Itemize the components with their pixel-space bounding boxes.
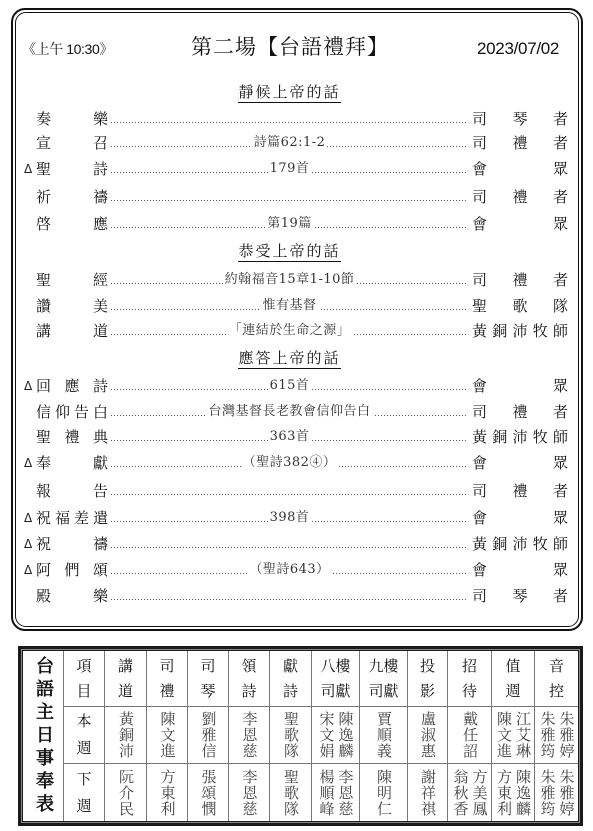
- cell-this-week-9f-offering: 賈順義: [360, 707, 408, 764]
- header-organist: 司琴: [188, 651, 229, 707]
- triangle-marker-icon: [24, 212, 36, 236]
- order-item: 報告 司禮者: [24, 479, 568, 503]
- week-label-text: 週: [76, 735, 91, 762]
- triangle-marker-icon: Δ: [24, 532, 36, 556]
- cell-next-week-anthem: 聖歌隊: [270, 764, 312, 821]
- item-detail: 615首: [268, 374, 312, 398]
- header-text: 獻: [283, 654, 298, 679]
- item-label: 聖詩: [36, 157, 108, 181]
- dotted-leader: [111, 479, 468, 503]
- header-song-leader: 領詩: [229, 651, 270, 707]
- service-date: 2023/07/02: [477, 39, 559, 59]
- person-name: 朱雅婷: [557, 769, 576, 817]
- header-text: 音: [549, 654, 564, 679]
- person-name: 李恩慈: [240, 769, 259, 817]
- week-label-text: 本: [76, 708, 91, 735]
- order-item: 殿樂 司琴者: [24, 584, 568, 608]
- triangle-marker-icon: Δ: [24, 506, 36, 530]
- cell-next-week-sermon: 阮介民: [105, 764, 147, 821]
- item-label: 奉獻: [36, 451, 108, 475]
- header-text: 琴: [200, 679, 215, 704]
- dotted-leader: 第19篇: [111, 212, 468, 236]
- header-anthem: 獻詩: [270, 651, 312, 707]
- triangle-marker-icon: [24, 479, 36, 503]
- order-item: 啓應 第19篇 會眾: [24, 212, 568, 236]
- triangle-marker-icon: [24, 294, 36, 318]
- item-responder: 司琴者: [472, 584, 568, 608]
- item-detail: 約翰福音15章1-10節: [223, 268, 357, 292]
- item-responder: 會眾: [472, 451, 568, 475]
- order-item: 講道 「連結於生命之源」 黃銅沛牧師: [24, 319, 568, 343]
- item-responder: 司禮者: [472, 400, 568, 424]
- item-responder: 司禮者: [472, 479, 568, 503]
- dotted-leader: 398首: [111, 506, 468, 530]
- person-name: 黃銅沛: [116, 711, 135, 759]
- header-text: 九樓: [368, 654, 398, 679]
- header-liturgist: 司禮: [147, 651, 188, 707]
- dotted-leader: （聖詩643）: [111, 558, 468, 582]
- item-label: 祝福差遣: [36, 506, 108, 530]
- order-item: Δ 奉獻 （聖詩382④） 會眾: [24, 451, 568, 475]
- cell-next-week-liturgist: 方東利: [147, 764, 188, 821]
- person-name: 方美鳳: [470, 769, 489, 817]
- triangle-marker-icon: Δ: [24, 157, 36, 181]
- person-name: 朱雅婷: [557, 711, 576, 759]
- section-heading-text: 應答上帝的話: [238, 349, 340, 369]
- person-name: 聖歌隊: [281, 711, 300, 759]
- header-sermon: 講道: [105, 651, 147, 707]
- dotted-leader: 台灣基督長老教會信仰告白: [111, 400, 468, 424]
- triangle-marker-icon: Δ: [24, 451, 36, 475]
- header-projection: 投影: [408, 651, 448, 707]
- person-name: 江艾琳: [513, 711, 532, 759]
- header-text: 目: [76, 679, 91, 704]
- cell-this-week-liturgist: 陳文進: [147, 707, 188, 764]
- item-label: 殿樂: [36, 584, 108, 608]
- dotted-leader: [111, 185, 468, 209]
- header-text: 講: [118, 654, 133, 679]
- order-item: 聖禮典 363首 黃銅沛牧師: [24, 425, 568, 449]
- person-name: 方東利: [158, 769, 177, 817]
- dotted-leader: 363首: [111, 425, 468, 449]
- item-label: 回應詩: [36, 374, 108, 398]
- order-item: 祈禱 司禮者: [24, 185, 568, 209]
- item-detail: （聖詩643）: [247, 558, 331, 582]
- order-item: 奏樂 司琴者: [24, 107, 568, 131]
- order-item: Δ 聖詩 179首 會眾: [24, 157, 568, 181]
- item-responder: 黃銅沛牧師: [472, 532, 568, 556]
- person-name: 宋文娟: [317, 711, 336, 759]
- section-heading-text: 靜候上帝的話: [238, 83, 340, 103]
- item-label: 聖經: [36, 268, 108, 292]
- person-name: 陳逸麟: [336, 711, 355, 759]
- cell-this-week-sermon: 黃銅沛: [105, 707, 147, 764]
- header-text: 詩: [283, 679, 298, 704]
- section-heading-text: 恭受上帝的話: [238, 242, 340, 262]
- item-label: 信仰告白: [36, 400, 108, 424]
- header-text: 招: [462, 654, 477, 679]
- person-name: 李恩慈: [240, 711, 259, 759]
- person-name: 賈順義: [374, 711, 393, 759]
- header-text: 司獻: [320, 679, 350, 704]
- item-responder: 黃銅沛牧師: [472, 319, 568, 343]
- week-label-text: 下: [76, 766, 91, 793]
- cell-this-week-ushers: 戴任詔: [448, 707, 492, 764]
- person-name: 謝祥祺: [418, 769, 437, 817]
- item-responder: 會眾: [472, 506, 568, 530]
- header-duty: 值週: [492, 651, 535, 707]
- cell-next-week-sound: 朱雅婷朱雅筠: [535, 764, 578, 821]
- header-text: 領: [241, 654, 256, 679]
- schedule-title-cell: 台語主日事奉表: [23, 651, 64, 821]
- person-name: 朱雅筠: [538, 769, 557, 817]
- item-detail: 詩篇62:1-2: [252, 131, 328, 155]
- person-name: 翁秋香: [451, 769, 470, 817]
- cell-this-week-anthem: 聖歌隊: [270, 707, 312, 764]
- header-text: 影: [420, 679, 435, 704]
- item-detail: 398首: [268, 506, 312, 530]
- item-responder: 會眾: [472, 558, 568, 582]
- person-name: 陳文進: [158, 711, 177, 759]
- triangle-marker-icon: [24, 268, 36, 292]
- section-heading: 應答上帝的話: [110, 348, 469, 368]
- cell-next-week-projection: 謝祥祺: [408, 764, 448, 821]
- schedule-title: 台語主日事奉表: [33, 656, 53, 817]
- item-label: 祈禱: [36, 185, 108, 209]
- person-name: 陳文進: [494, 711, 513, 759]
- item-label: 報告: [36, 479, 108, 503]
- order-item: 宣召 詩篇62:1-2 司禮者: [24, 131, 568, 155]
- cell-this-week-8f-offering: 陳逸麟宋文娟: [312, 707, 360, 764]
- page-title: 第二場【台語禮拜】: [110, 34, 470, 60]
- triangle-marker-icon: [24, 185, 36, 209]
- header-8f-offering: 八樓司獻: [312, 651, 360, 707]
- triangle-marker-icon: [24, 131, 36, 155]
- order-item: Δ 祝禱 黃銅沛牧師: [24, 532, 568, 556]
- item-label: 奏樂: [36, 107, 108, 131]
- service-schedule-table: 台語主日事奉表 項目 講道 司禮 司琴 領詩 獻詩 八樓司獻 九樓司獻 投影 招…: [18, 646, 583, 826]
- cell-next-week-song-leader: 李恩慈: [229, 764, 270, 821]
- triangle-marker-icon: [24, 107, 36, 131]
- person-name: 劉雅信: [199, 711, 218, 759]
- header-text: 值: [505, 654, 520, 679]
- item-responder: 司禮者: [472, 131, 568, 155]
- header-text: 八樓: [320, 654, 350, 679]
- item-label: 阿們頌: [36, 558, 108, 582]
- dotted-leader: 「連結於生命之源」: [111, 319, 468, 343]
- person-name: 張頌憫: [199, 769, 218, 817]
- row-label-this-week: 本週: [64, 707, 105, 764]
- service-time: 《上午 10:30》: [22, 40, 113, 58]
- item-responder: 司禮者: [472, 268, 568, 292]
- item-detail: （聖詩382④）: [241, 451, 339, 475]
- item-label: 啓應: [36, 212, 108, 236]
- order-item: 聖經 約翰福音15章1-10節 司禮者: [24, 268, 568, 292]
- item-label: 祝禱: [36, 532, 108, 556]
- order-item: 讚美 惟有基督 聖歌隊: [24, 294, 568, 318]
- order-item: Δ 回應詩 615首 會眾: [24, 374, 568, 398]
- item-label: 宣召: [36, 131, 108, 155]
- header-text: 禮: [159, 679, 174, 704]
- cell-next-week-8f-offering: 李恩慈楊順峰: [312, 764, 360, 821]
- triangle-marker-icon: Δ: [24, 374, 36, 398]
- dotted-leader: 179首: [111, 157, 468, 181]
- order-item: Δ 祝福差遣 398首 會眾: [24, 506, 568, 530]
- triangle-marker-icon: Δ: [24, 558, 36, 582]
- item-label: 讚美: [36, 294, 108, 318]
- item-responder: 聖歌隊: [472, 294, 568, 318]
- cell-this-week-song-leader: 李恩慈: [229, 707, 270, 764]
- person-name: 楊順峰: [317, 769, 336, 817]
- dotted-leader: （聖詩382④）: [111, 451, 468, 475]
- dotted-leader: 詩篇62:1-2: [111, 131, 468, 155]
- cell-next-week-9f-offering: 陳明仁: [360, 764, 408, 821]
- header-ushers: 招待: [448, 651, 492, 707]
- person-name: 朱雅筠: [538, 711, 557, 759]
- dotted-leader: [111, 532, 468, 556]
- row-label-next-week: 下週: [64, 764, 105, 821]
- dotted-leader: 惟有基督: [111, 294, 468, 318]
- person-name: 陳明仁: [374, 769, 393, 817]
- header-text: 司: [200, 654, 215, 679]
- dotted-leader: [111, 107, 468, 131]
- dotted-leader: [111, 584, 468, 608]
- item-detail: 363首: [268, 425, 312, 449]
- item-responder: 會眾: [472, 157, 568, 181]
- person-name: 陳逸麟: [513, 769, 532, 817]
- item-detail: 「連結於生命之源」: [227, 319, 353, 343]
- item-label: 講道: [36, 319, 108, 343]
- item-detail: 惟有基督: [260, 294, 318, 318]
- week-label-text: 週: [76, 793, 91, 820]
- person-name: 方東利: [494, 769, 513, 817]
- header-text: 待: [462, 679, 477, 704]
- header-sound: 音控: [535, 651, 578, 707]
- header-item: 項目: [64, 651, 105, 707]
- triangle-marker-icon: [24, 400, 36, 424]
- item-responder: 司琴者: [472, 107, 568, 131]
- cell-this-week-projection: 盧淑惠: [408, 707, 448, 764]
- order-item: Δ 阿們頌 （聖詩643） 會眾: [24, 558, 568, 582]
- cell-this-week-organist: 劉雅信: [188, 707, 229, 764]
- person-name: 阮介民: [116, 769, 135, 817]
- item-responder: 黃銅沛牧師: [472, 425, 568, 449]
- item-detail: 台灣基督長老教會信仰告白: [206, 400, 372, 424]
- triangle-marker-icon: [24, 319, 36, 343]
- header-text: 司: [159, 654, 174, 679]
- person-name: 盧淑惠: [418, 711, 437, 759]
- header-text: 詩: [241, 679, 256, 704]
- item-detail: 179首: [268, 157, 312, 181]
- header-text: 週: [505, 679, 520, 704]
- item-label: 聖禮典: [36, 425, 108, 449]
- cell-next-week-organist: 張頌憫: [188, 764, 229, 821]
- header-9f-offering: 九樓司獻: [360, 651, 408, 707]
- dotted-leader: 615首: [111, 374, 468, 398]
- header-text: 控: [549, 679, 564, 704]
- person-name: 聖歌隊: [281, 769, 300, 817]
- dotted-leader: 約翰福音15章1-10節: [111, 268, 468, 292]
- header-text: 投: [420, 654, 435, 679]
- header-text: 司獻: [368, 679, 398, 704]
- item-responder: 會眾: [472, 374, 568, 398]
- order-item: 信仰告白 台灣基督長老教會信仰告白 司禮者: [24, 400, 568, 424]
- cell-next-week-ushers: 方美鳳翁秋香: [448, 764, 492, 821]
- cell-next-week-duty: 陳逸麟方東利: [492, 764, 535, 821]
- person-name: 李恩慈: [336, 769, 355, 817]
- header-text: 道: [118, 679, 133, 704]
- section-heading: 恭受上帝的話: [110, 241, 469, 261]
- schedule-grid: 台語主日事奉表 項目 講道 司禮 司琴 領詩 獻詩 八樓司獻 九樓司獻 投影 招…: [22, 650, 579, 822]
- section-heading: 靜候上帝的話: [110, 82, 469, 102]
- item-detail: 第19篇: [265, 212, 314, 236]
- cell-this-week-duty: 江艾琳陳文進: [492, 707, 535, 764]
- person-name: 戴任詔: [460, 711, 479, 759]
- triangle-marker-icon: [24, 425, 36, 449]
- item-responder: 司禮者: [472, 185, 568, 209]
- item-responder: 會眾: [472, 212, 568, 236]
- cell-this-week-sound: 朱雅婷朱雅筠: [535, 707, 578, 764]
- triangle-marker-icon: [24, 584, 36, 608]
- header-text: 項: [76, 654, 91, 679]
